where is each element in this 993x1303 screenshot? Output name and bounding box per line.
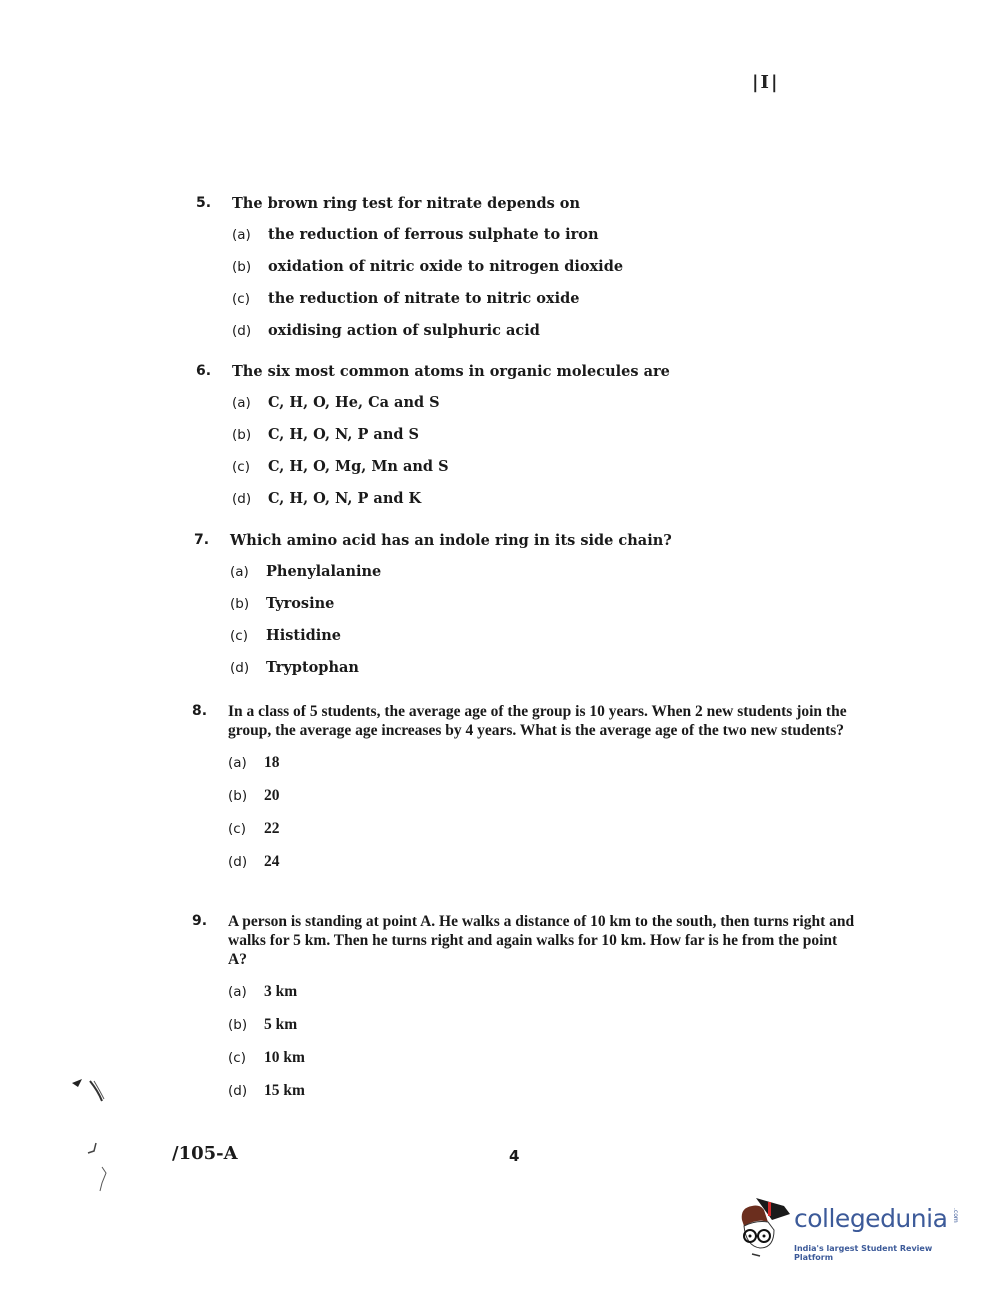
option-label: (c): [228, 821, 264, 837]
option-text: 10 km: [264, 1049, 305, 1067]
option-text: Tyrosine: [266, 595, 334, 612]
option-label: (c): [232, 459, 268, 475]
option-text: 5 km: [264, 1016, 297, 1034]
brand-name: collegedunia: [794, 1204, 947, 1233]
option-text: 20: [264, 787, 280, 805]
option-text: 18: [264, 754, 280, 772]
option-d: (d)C, H, O, N, P and K: [232, 490, 856, 522]
question-number: 5.: [196, 194, 232, 211]
brand-tagline: India's largest Student Review Platform: [794, 1244, 964, 1262]
margin-scribble-icon: [68, 1075, 128, 1205]
option-c: (c)10 km: [228, 1049, 858, 1082]
option-b: (b)Tyrosine: [230, 595, 854, 627]
option-a: (a)18: [228, 754, 858, 787]
question-text: The six most common atoms in organic mol…: [232, 362, 856, 381]
option-text: 15 km: [264, 1082, 305, 1100]
option-label: (b): [228, 788, 264, 804]
option-c: (c)the reduction of nitrate to nitric ox…: [232, 290, 856, 322]
question-text: The brown ring test for nitrate depends …: [232, 194, 856, 213]
question-text: In a class of 5 students, the average ag…: [228, 702, 858, 740]
option-label: (a): [230, 564, 266, 580]
option-label: (d): [230, 660, 266, 676]
question-text: A person is standing at point A. He walk…: [228, 912, 858, 969]
option-a: (a)3 km: [228, 983, 858, 1016]
paper-code: /105-A: [172, 1143, 238, 1164]
option-label: (d): [228, 1083, 264, 1099]
question-9: 9. A person is standing at point A. He w…: [192, 912, 858, 1115]
option-b: (b)C, H, O, N, P and S: [232, 426, 856, 458]
option-label: (c): [232, 291, 268, 307]
option-label: (b): [230, 596, 266, 612]
option-label: (b): [232, 427, 268, 443]
option-label: (d): [228, 854, 264, 870]
question-text: Which amino acid has an indole ring in i…: [230, 531, 854, 550]
question-6: 6. The six most common atoms in organic …: [196, 362, 856, 522]
question-7: 7. Which amino acid has an indole ring i…: [194, 531, 854, 691]
option-d: (d)Tryptophan: [230, 659, 854, 691]
option-label: (a): [228, 984, 264, 1000]
option-label: (c): [230, 628, 266, 644]
option-d: (d)24: [228, 853, 858, 886]
option-c: (c)C, H, O, Mg, Mn and S: [232, 458, 856, 490]
option-text: oxidising action of sulphuric acid: [268, 322, 540, 339]
question-number: 9.: [192, 912, 228, 929]
option-a: (a)the reduction of ferrous sulphate to …: [232, 226, 856, 258]
option-label: (a): [232, 395, 268, 411]
option-label: (d): [232, 323, 268, 339]
option-label: (a): [232, 227, 268, 243]
page-mark: |I|: [752, 72, 780, 93]
option-b: (b)oxidation of nitric oxide to nitrogen…: [232, 258, 856, 290]
option-text: 3 km: [264, 983, 297, 1001]
option-c: (c)Histidine: [230, 627, 854, 659]
option-a: (a)C, H, O, He, Ca and S: [232, 394, 856, 426]
option-text: C, H, O, N, P and S: [268, 426, 419, 443]
option-text: C, H, O, Mg, Mn and S: [268, 458, 449, 475]
question-number: 7.: [194, 531, 230, 548]
mascot-icon: [734, 1196, 792, 1258]
option-text: Tryptophan: [266, 659, 359, 676]
option-text: oxidation of nitric oxide to nitrogen di…: [268, 258, 623, 275]
question-8: 8. In a class of 5 students, the average…: [192, 702, 858, 886]
option-text: the reduction of nitrate to nitric oxide: [268, 290, 579, 307]
option-b: (b)5 km: [228, 1016, 858, 1049]
option-label: (d): [232, 491, 268, 507]
brand-domain: .com: [952, 1208, 959, 1223]
page-number: 4: [509, 1147, 519, 1165]
question-5: 5. The brown ring test for nitrate depen…: [196, 194, 856, 354]
option-c: (c)22: [228, 820, 858, 853]
option-label: (a): [228, 755, 264, 771]
option-label: (b): [232, 259, 268, 275]
option-text: the reduction of ferrous sulphate to iro…: [268, 226, 599, 243]
option-label: (c): [228, 1050, 264, 1066]
option-text: C, H, O, N, P and K: [268, 490, 421, 507]
question-number: 8.: [192, 702, 228, 719]
option-text: Histidine: [266, 627, 341, 644]
option-b: (b)20: [228, 787, 858, 820]
option-text: 22: [264, 820, 280, 838]
option-text: C, H, O, He, Ca and S: [268, 394, 440, 411]
option-d: (d)oxidising action of sulphuric acid: [232, 322, 856, 354]
collegedunia-logo: collegedunia .com India's largest Studen…: [734, 1196, 964, 1268]
option-label: (b): [228, 1017, 264, 1033]
option-a: (a)Phenylalanine: [230, 563, 854, 595]
option-text: 24: [264, 853, 280, 871]
question-number: 6.: [196, 362, 232, 379]
option-text: Phenylalanine: [266, 563, 381, 580]
option-d: (d)15 km: [228, 1082, 858, 1115]
